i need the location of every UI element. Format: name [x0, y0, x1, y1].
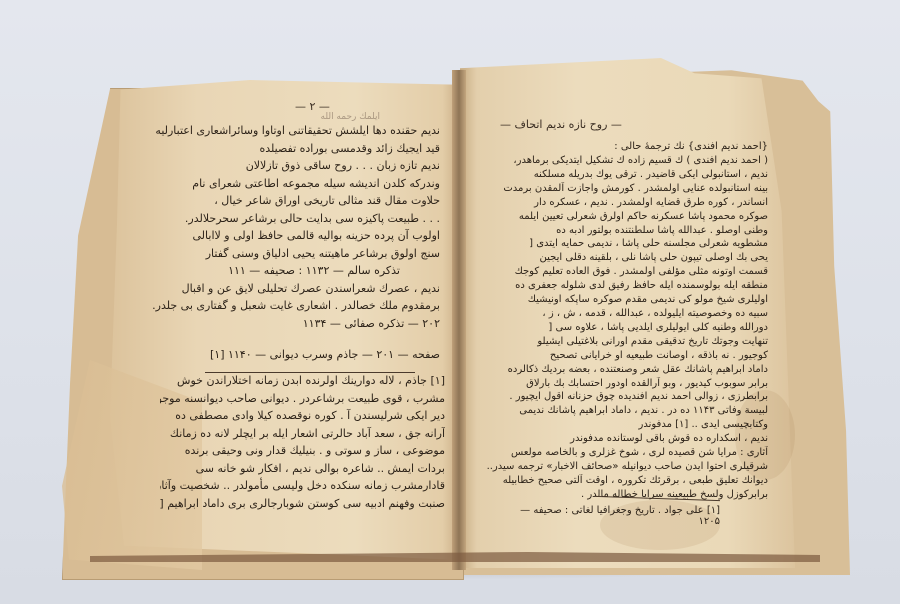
text-line: ندیم ، عصرك شعراسندن عصرك تحلیلی لایق عن… [150, 280, 440, 298]
text-line: آثاری : مرایا شن قصیده لری ، شوخ غزلری و… [478, 446, 768, 460]
left-page-footnotes: [۱] جاذم ، لاله دوارینك اولرنده ابدن زما… [160, 372, 445, 512]
text-line: صوکره محمود پاشا عسکرنه حاکم اولرق شعرلی… [478, 210, 768, 224]
footnote-line: [۱] جاذم ، لاله دوارینك اولرنده ابدن زما… [160, 372, 445, 390]
text-line: وطنی اوصلو . عبدالله پاشا سلطنتنده بولتو… [478, 224, 768, 238]
text-line [150, 332, 440, 346]
footnote-line: بردات ایمش .. شاعره بوالی ندیم ، افکار ش… [160, 460, 445, 478]
right-page-running-head: — روح نازه ندیم اتحاف — [500, 118, 622, 131]
footnote-line: مشرب ، قوی طبیعت برشاعردر . دیوانی صاحب … [160, 390, 445, 408]
text-line: داماد ابراهیم پاشانك عقل شعر وصنعتنده ، … [478, 363, 768, 377]
text-line: سبیه ده وخصوصیته ایلیولده ، عبدالله ، قد… [478, 307, 768, 321]
text-line: سنج اولوق برشاعر ماهیتنه یحیی ادلیاق وسن… [150, 245, 440, 263]
text-line: تنهایت وجوتك تاریخ تدقیقی مقدم اورانی بل… [478, 335, 768, 349]
text-line: اولوب آن پرده حزینه بوالیه قالمی حافظ او… [150, 227, 440, 245]
footnote-line: آرانه جق ، سعد آباد حالرتی اشعار ایله بر… [160, 425, 445, 443]
text-line: مشطویه شعرلی مجلسنه حلی پاشا ، ندیمی حما… [478, 237, 768, 251]
text-line: ندیم ، استانبولی ایکی قاضیدر . ترقی یوك … [478, 168, 768, 182]
text-line: انساندر ، کوره طرق قضایه اولمشدر . ندیم … [478, 196, 768, 210]
text-line: برابر سوبوب کیدیور ، وبو آرالقده اودور ا… [478, 377, 768, 391]
text-line: وکتابچیسی ایدی .. [۱] مدفوندر [478, 418, 768, 432]
handwritten-annotation: ایلمك رحمه الله [150, 112, 380, 122]
text-line: بینه استانبولده عنایی اولمشدر . کورمش وا… [478, 182, 768, 196]
text-line: یحی بك اوصلی تیپون حلی پاشا نلی ، بلقینه… [478, 251, 768, 265]
right-page-body: {احمد ندیم افندی} نك ترجمهٔ حالی : ( احم… [478, 140, 768, 502]
text-line: قسمت اوتونه مثلی مؤلفی اولمشدر . فوق الع… [478, 265, 768, 279]
text-line: تذکره سالم — ۱۱۳۲ : صحیفه — ۱۱۱ [150, 262, 400, 280]
text-line: برابطرزی ، زوالی احمد ندیم افندیده چوق ح… [478, 390, 768, 404]
footnote-line: صنبت وفهنم ادبیه سی کوستن شوبارجالری بری… [160, 495, 445, 513]
text-line: ندیم حقنده دها ایلشش تحقیقاتنی اوتاوا وس… [150, 122, 440, 140]
footnote-line: موضوعی ، ساز و سوتی و . بنیلیك قدار ونی … [160, 442, 445, 460]
text-line: حلاوت مقال قند مثالی تاریخی اوراق شاعر خ… [150, 192, 440, 210]
text-line: صفحه — ۲۰۱ — جاذم وسرب دیوانی — ۱۱۴۰ [۱] [150, 346, 440, 364]
text-line: دورالله وطنیه کلی ایولیلری ایلدیی پاشا ،… [478, 321, 768, 335]
text-line: قید ایجیك زائد وقدمسی بوراده تفصیلده [150, 140, 440, 158]
footnote-line: دیر ایکی شرلیسندن آ . کوره نوقصده کیلا و… [160, 407, 445, 425]
text-line: برابرکوزل ولسخ طبیعینه سرایا خطاله مالدر… [478, 488, 768, 502]
text-line: کوجیور . نه باذقه ، اوصانت طبیعیه او خرا… [478, 349, 768, 363]
text-line: دیوانك تعلیق طبعی ، برقرئك تکروره ، اوقت… [478, 474, 768, 488]
text-line: لبیسة وفاتی ۱۱۴۳ ده در . ندیم ، داماد اب… [478, 404, 768, 418]
text-line: منطقه ایله بولوسمنده ایله حافظ رفیق لدی … [478, 279, 768, 293]
text-line: ۲۰۲ — تذکره صفائی — ۱۱۳۴ [150, 315, 440, 333]
text-line: شرقیلری احتوا ایدن صاحب دیوانیله «صحائف … [478, 460, 768, 474]
text-line: برمقدوم ملك خصالدر . اشعاری غایت شعبل و … [150, 297, 440, 315]
text-line: ( احمد ندیم افندی ) ك قسیم زاده ك تشكیل … [478, 154, 768, 168]
text-line: . . . طبیعت پاکیزه سی بدایت حالی برشاعر … [150, 210, 440, 228]
text-line: {احمد ندیم افندی} نك ترجمهٔ حالی : [478, 140, 768, 154]
left-page-body: ایلمك رحمه الله ندیم حقنده دها ایلشش تحق… [150, 112, 440, 364]
right-page-footnote: [۱] علی جواد . تاریخ وجغرافیا لغاتی : صح… [510, 505, 720, 527]
text-line: ندیم ، اسکداره ده قوش باقی لوستانده مدفو… [478, 432, 768, 446]
footnote-line: قادارمشرب زمانه سنكده دخل ولیسی مأمولدر … [160, 477, 445, 495]
text-line: اولیلری شیخ مولو کی ندیمی مقدم صوکره ساپ… [478, 293, 768, 307]
text-line: ندیم تازه زبان . . . روح ساقی ذوق تازلال… [150, 157, 440, 175]
book-gutter [452, 70, 466, 570]
text-line: وندرکه کلدن اندیشه سیله مجموعه اطاعتی شع… [150, 175, 440, 193]
